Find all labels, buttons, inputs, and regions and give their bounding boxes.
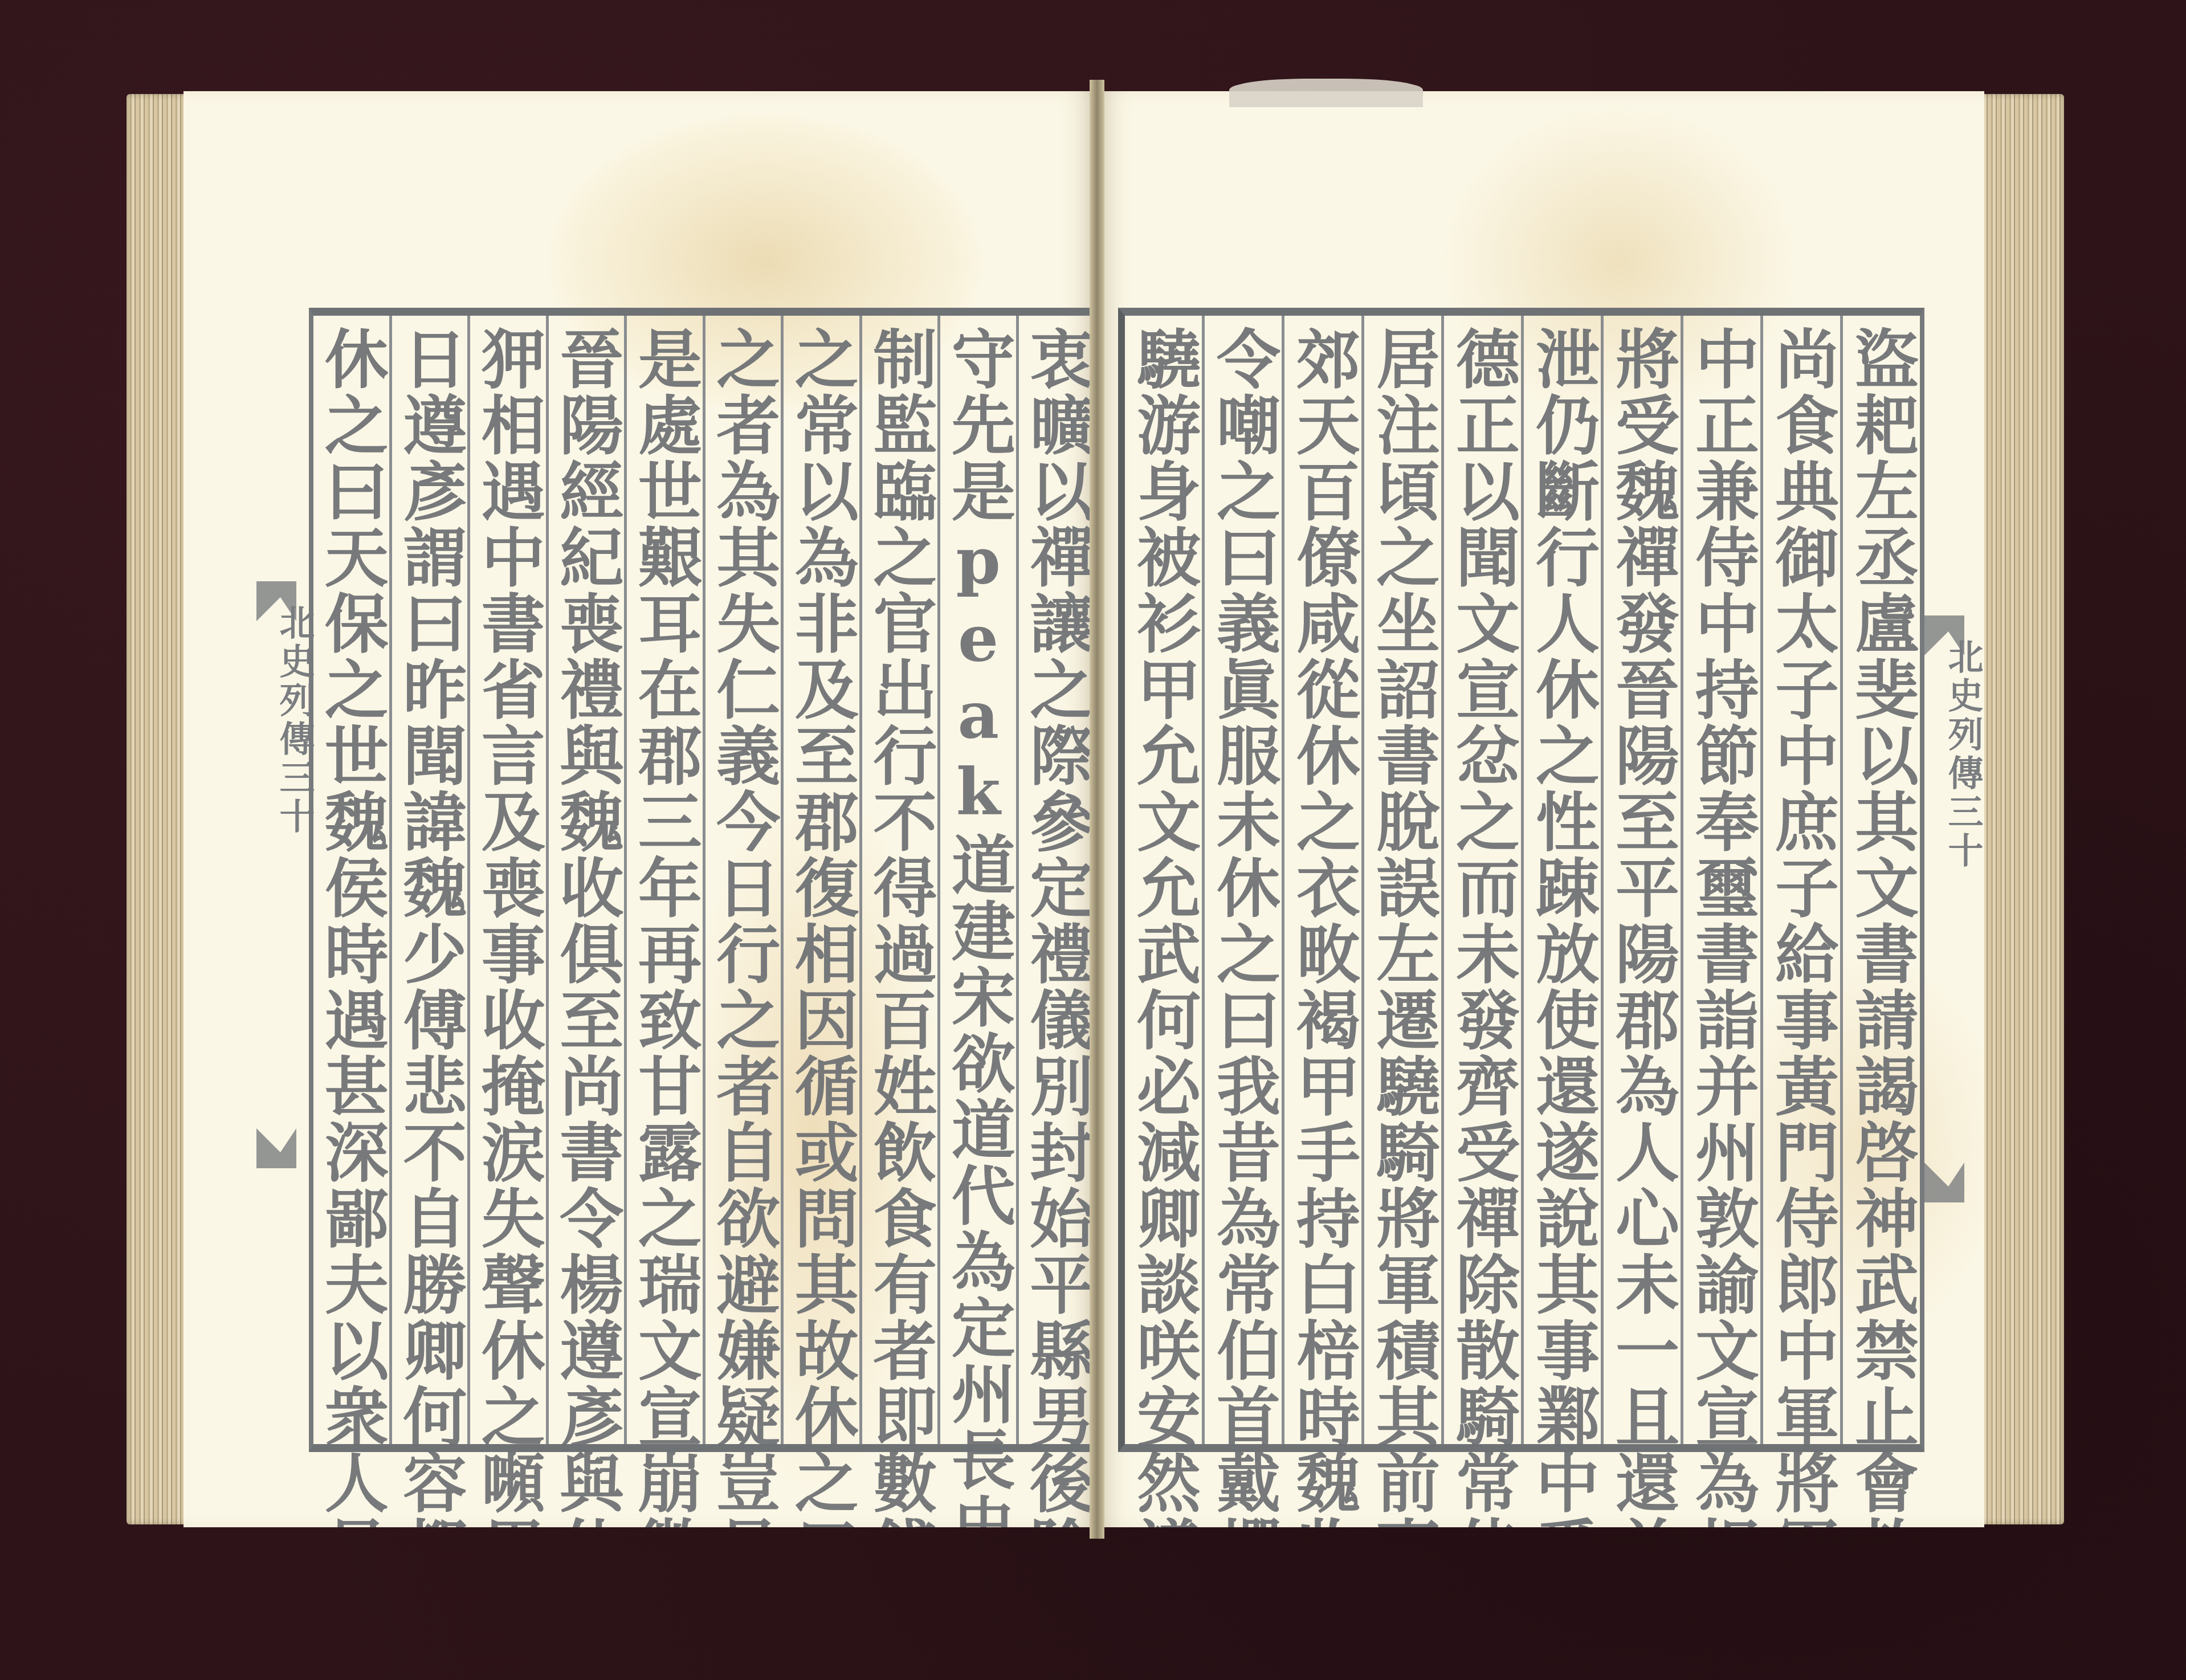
column-text: 令嘲之曰義眞服未休之曰我昔為常伯首戴蟬冕今處 — [1212, 326, 1275, 1444]
right-page-edges — [1979, 94, 2064, 1524]
column-text: 休之曰天保之世魏侯時遇甚深鄙夫以衆人見待遂 — [319, 326, 383, 1444]
left-page: 北史列傳三十 衷曠以禪讓之際參定禮儀別封始平縣男後除中山大 守先是peak道建宋… — [183, 91, 1098, 1527]
column-text: 盜耙左丞盧斐以其文書請謁啓神武禁止會赦不問歷 — [1850, 326, 1914, 1444]
spine-tab — [1229, 79, 1423, 107]
text-column: 衷曠以禪讓之際參定禮儀別封始平縣男後除中山大 — [1016, 316, 1095, 1444]
column-text: 驍游身被衫甲允文允武何必減卿談咲安然議者服其 — [1132, 326, 1196, 1444]
text-frame: 盜耙左丞盧斐以其文書請謁啓神武禁止會赦不問歷 尚食典御太子中庶子給事黃門侍郎中軍… — [1118, 308, 1924, 1452]
text-column: 之常以為非及至郡復相因循或問其故休之曰吾昔非 — [781, 316, 859, 1444]
column-text: 居注頃之坐詔書脫誤左遷驍騎將軍積其前事也文宣 — [1371, 326, 1435, 1444]
margin-book-title: 北史列傳三十 — [1938, 638, 1984, 871]
column-text: 日遵彥謂曰昨聞諱魏少傅悲不自勝卿何容都不流滴 — [398, 326, 462, 1444]
column-text: 衷曠以禪讓之際參定禮儀別封始平縣男後除中山大 — [1025, 326, 1088, 1444]
text-column: 令嘲之曰義眞服未休之曰我昔為常伯首戴蟬冕今處 — [1202, 316, 1282, 1444]
text-column: 制監臨之官出行不得過百姓飲食有者即數錢酬之休 — [859, 316, 938, 1444]
left-page-edges — [127, 94, 189, 1524]
column-text: 是處世艱耳在郡三年再致甘露之瑞文宣崩徵休之至 — [633, 326, 696, 1444]
column-text: 德正以聞文宣忿之而未發齊受禪除散騎常侍監修起 — [1451, 326, 1515, 1444]
text-column: 將受魏禪發晉陽至平陽郡為人心未一且還并州恐漏 — [1601, 316, 1681, 1444]
column-text: 泄仍斷行人休之性踈放使還遂說其事鄴中悉知後高 — [1531, 326, 1594, 1444]
right-page: 北史列傳三十 盜耙左丞盧斐以其文書請謁啓神武禁止會赦不問歷 尚食典御太子中庶子給… — [1095, 91, 1984, 1527]
column-text: 制監臨之官出行不得過百姓飲食有者即數錢酬之休 — [868, 326, 932, 1444]
text-column: 驍游身被衫甲允文允武何必減卿談咲安然議者服其 — [1125, 316, 1202, 1444]
text-column: 守先是peak道建宋欲道代為定州長史帶中山太守並 — [937, 316, 1016, 1444]
text-column: 狎相遇中書省言及喪事收掩涙失聲休之嚬眉而已他 — [467, 316, 546, 1444]
text-column: 泄仍斷行人休之性踈放使還遂說其事鄴中悉知後高 — [1521, 316, 1601, 1444]
column-text: 守先是peak道建宋欲道代為定州長史帶中山太守並 — [946, 326, 1010, 1444]
column-text: 將受魏禪發晉陽至平陽郡為人心未一且還并州恐漏 — [1610, 326, 1674, 1444]
text-column: 尚食典御太子中庶子給事黃門侍郎中軍將軍幽州大 — [1760, 316, 1840, 1444]
text-column: 休之曰天保之世魏侯時遇甚深鄙夫以衆人見待遂 — [313, 316, 389, 1444]
column-text: 之常以為非及至郡復相因循或問其故休之曰吾昔非 — [789, 326, 853, 1444]
fish-tail-mark — [256, 1128, 296, 1168]
text-column: 是處世艱耳在郡三年再致甘露之瑞文宣崩徵休之至 — [624, 316, 703, 1444]
column-text: 郊天百僚咸從休之衣畋褐甲手持白棓時魏收為中書 — [1291, 326, 1355, 1444]
book-gutter — [1090, 80, 1104, 1539]
column-text: 晉陽經紀喪禮與魏收俱至尚書令楊遵彥與休之等款 — [554, 326, 618, 1444]
column-text: 中正兼侍中持節奉璽書詣并州敦諭文宣為相國齊王時 — [1690, 326, 1754, 1444]
open-book: 北史列傳三十 衷曠以禪讓之際參定禮儀別封始平縣男後除中山大 守先是peak道建宋… — [127, 80, 2064, 1539]
text-column: 中正兼侍中持節奉璽書詣并州敦諭文宣為相國齊王時 — [1681, 316, 1760, 1444]
fish-tail-mark — [1924, 1163, 1964, 1202]
text-column: 之者為其失仁義今日行之者自欲避嫌疑豈是夙心直 — [703, 316, 781, 1444]
column-text: 之者為其失仁義今日行之者自欲避嫌疑豈是夙心直 — [711, 326, 775, 1444]
text-frame: 衷曠以禪讓之際參定禮儀別封始平縣男後除中山大 守先是peak道建宋欲道代為定州長… — [309, 308, 1098, 1452]
column-text: 狎相遇中書省言及喪事收掩涙失聲休之嚬眉而已他 — [476, 326, 540, 1444]
text-column: 盜耙左丞盧斐以其文書請謁啓神武禁止會赦不問歷 — [1840, 316, 1920, 1444]
text-column: 德正以聞文宣忿之而未發齊受禪除散騎常侍監修起 — [1441, 316, 1521, 1444]
text-column: 居注頃之坐詔書脫誤左遷驍騎將軍積其前事也文宣 — [1361, 316, 1441, 1444]
text-column: 日遵彥謂曰昨聞諱魏少傅悲不自勝卿何容都不流滴 — [389, 316, 468, 1444]
column-text: 尚食典御太子中庶子給事黃門侍郎中軍將軍幽州大 — [1770, 326, 1834, 1444]
text-column: 郊天百僚咸從休之衣畋褐甲手持白棓時魏收為中書 — [1282, 316, 1361, 1444]
text-column: 晉陽經紀喪禮與魏收俱至尚書令楊遵彥與休之等款 — [546, 316, 625, 1444]
